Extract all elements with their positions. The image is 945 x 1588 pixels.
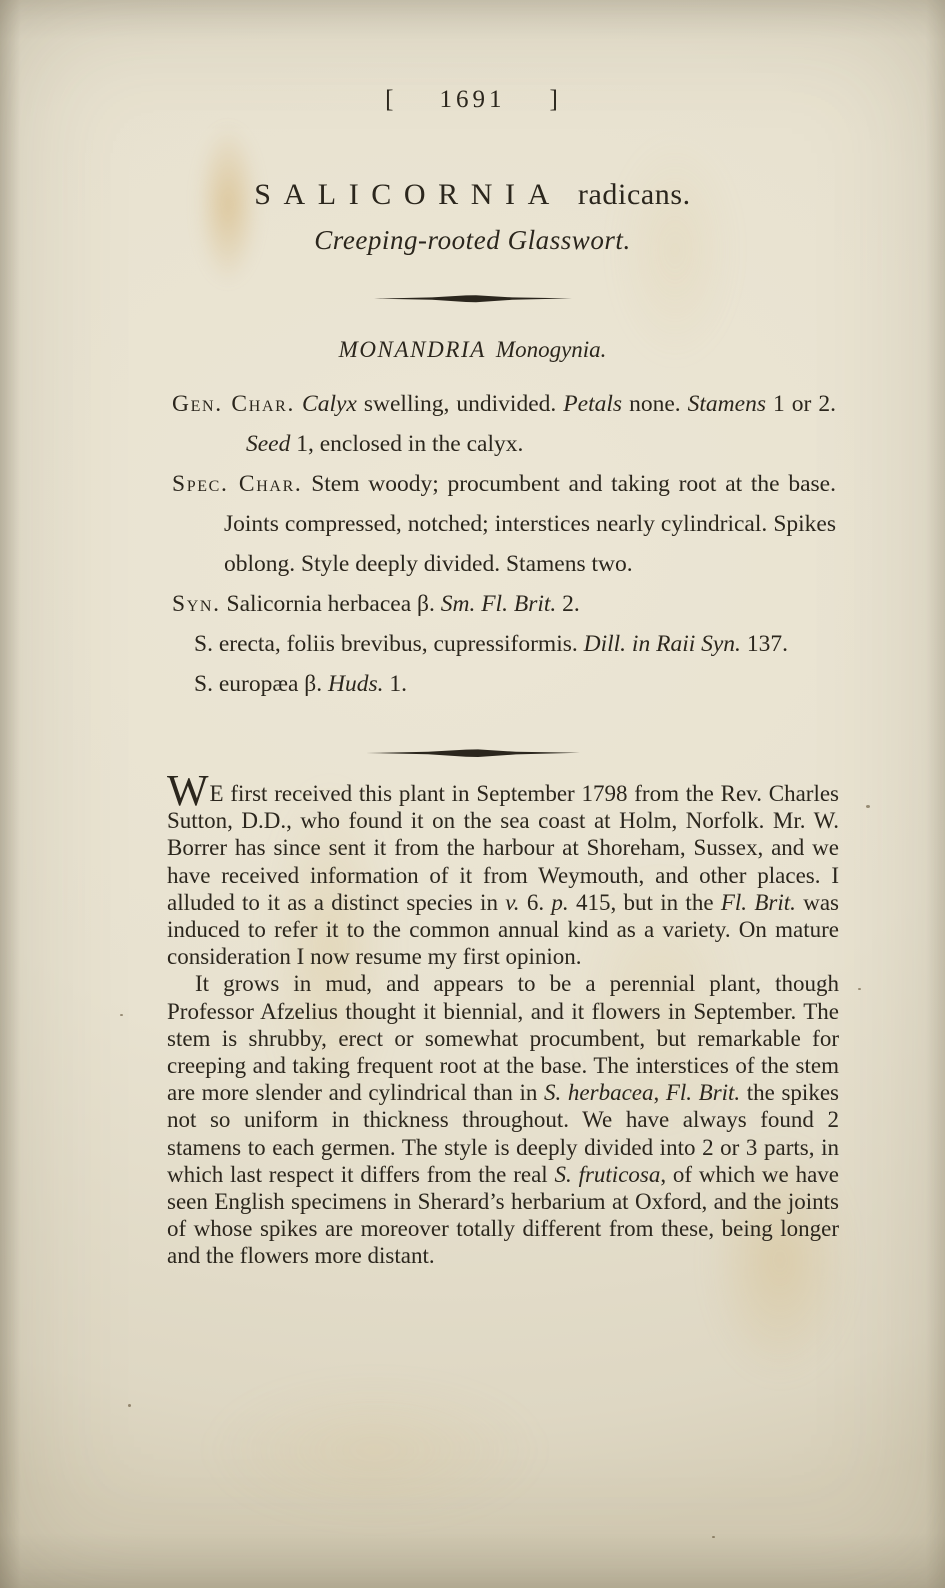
tapered-rule-icon [366, 748, 580, 759]
body-paragraph: WE first received this plant in Septembe… [167, 780, 839, 970]
page-number-value: 1691 [440, 86, 506, 114]
paper-stain [165, 1360, 585, 1540]
synonym-entry: S. erecta, foliis brevibus, cupressiform… [172, 624, 836, 664]
tapered-rule-icon [374, 294, 572, 304]
description-text: WE first received this plant in Septembe… [167, 780, 839, 1270]
genus-name: SALICORNIA [254, 178, 562, 211]
section-divider-rule [0, 748, 945, 759]
paper-speck [712, 1536, 715, 1538]
generic-character: Gen. Char. Calyx swelling, undivided. Pe… [172, 384, 836, 464]
taxonomic-description: Gen. Char. Calyx swelling, undivided. Pe… [172, 384, 836, 704]
specific-character: Spec. Char. Stem woody; procumbent and t… [172, 464, 836, 584]
page-content: [ 1691 ] SALICORNIAradicans. Creeping-ro… [0, 0, 945, 1270]
section-divider-rule [0, 294, 945, 304]
species-epithet: radicans. [578, 178, 691, 211]
book-page: [ 1691 ] SALICORNIAradicans. Creeping-ro… [0, 0, 945, 1588]
synonym-entry: S. europæa β. Huds. 1. [172, 664, 836, 704]
class-name: MONANDRIA [339, 337, 486, 362]
linnaean-class-order: MONANDRIAMonogynia. [0, 337, 945, 363]
synonym-entry: Syn. Salicornia herbacea β. Sm. Fl. Brit… [172, 584, 836, 624]
page-number-bracket-left: [ [385, 86, 395, 114]
paper-speck [128, 1404, 131, 1407]
body-paragraph: It grows in mud, and appears to be a per… [167, 970, 839, 1269]
page-number: [ 1691 ] [0, 86, 945, 114]
order-name: Monogynia. [496, 337, 607, 362]
common-name: Creeping-rooted Glasswort. [0, 225, 945, 256]
page-number-bracket-right: ] [550, 86, 560, 114]
species-title: SALICORNIAradicans. [0, 178, 945, 212]
